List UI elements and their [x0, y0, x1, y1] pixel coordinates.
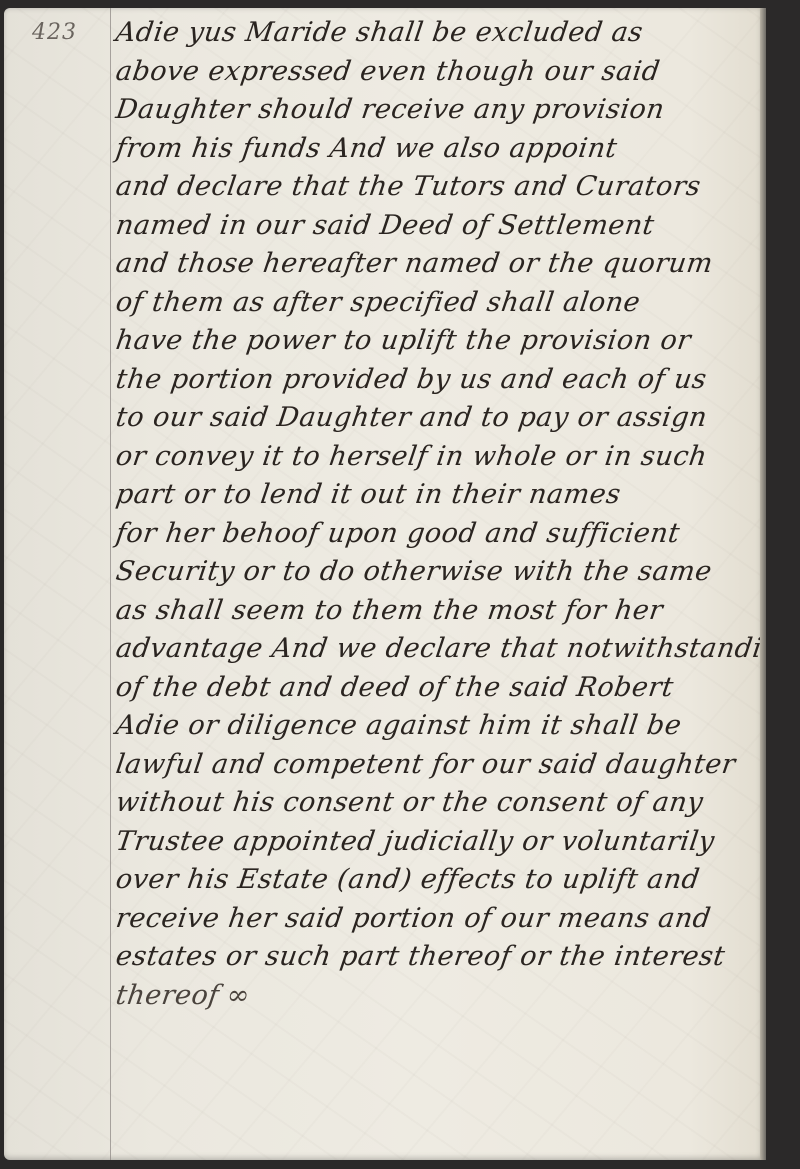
text-line: as shall seem to them the most for her: [113, 592, 758, 631]
text-line: lawful and competent for our said daught…: [113, 746, 758, 785]
text-line: advantage And we declare that notwithsta…: [113, 630, 758, 669]
text-line: estates or such part thereof or the inte…: [113, 938, 758, 977]
text-line: Adie yus Maride shall be excluded as: [113, 14, 758, 53]
text-line: part or to lend it out in their names: [113, 476, 758, 515]
text-line: of the debt and deed of the said Robert: [113, 669, 758, 708]
text-line-final: thereof∞: [113, 977, 758, 1016]
text-line: receive her said portion of our means an…: [113, 900, 758, 939]
manuscript-page: 423 Adie yus Maride shall be excluded as…: [4, 8, 764, 1160]
text-line: Trustee appointed judicially or voluntar…: [113, 823, 758, 862]
text-line: or convey it to herself in whole or in s…: [113, 438, 758, 477]
text-line: the portion provided by us and each of u…: [113, 361, 758, 400]
text-line: without his consent or the consent of an…: [113, 784, 758, 823]
text-line: over his Estate (and) effects to uplift …: [113, 861, 758, 900]
text-line: Security or to do otherwise with the sam…: [113, 553, 758, 592]
text-line: to our said Daughter and to pay or assig…: [113, 399, 758, 438]
text-line: for her behoof upon good and sufficient: [113, 515, 758, 554]
end-flourish-icon: ∞: [224, 977, 252, 1016]
text-line: Daughter should receive any provision: [113, 91, 758, 130]
text-line: Adie or diligence against him it shall b…: [113, 707, 758, 746]
folio-number: 423: [32, 20, 77, 45]
text-line: and declare that the Tutors and Curators: [113, 168, 758, 207]
margin-rule: [110, 8, 111, 1160]
text-line: named in our said Deed of Settlement: [113, 207, 758, 246]
final-word: thereof: [114, 980, 221, 1011]
handwritten-text-block: Adie yus Maride shall be excluded as abo…: [116, 14, 756, 1015]
text-line: from his funds And we also appoint: [113, 130, 758, 169]
text-line: have the power to uplift the provision o…: [113, 322, 758, 361]
text-line: of them as after specified shall alone: [113, 284, 758, 323]
scan-frame: 423 Adie yus Maride shall be excluded as…: [0, 0, 800, 1169]
text-line: above expressed even though our said: [113, 53, 758, 92]
text-line: and those hereafter named or the quorum: [113, 245, 758, 284]
page-edge: [760, 8, 766, 1160]
